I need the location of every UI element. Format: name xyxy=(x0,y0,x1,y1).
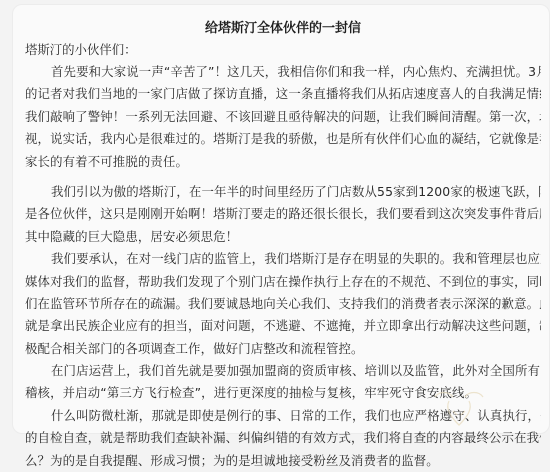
text-line: 什么叫防微杜渐，那就是即使是例行的事、日常的工作，我们也应严格遵守、认真执行，全… xyxy=(25,405,541,424)
paragraph-5: 什么叫防微杜渐，那就是即使是例行的事、日常的工作，我们也应严格遵守、认真执行，全… xyxy=(25,405,541,424)
text-line: 家长的有着不可推脱的责任。 xyxy=(25,151,541,173)
paragraph-4: 在门店运营上，我们首先就是要加强加盟商的资质审核、培训以及监管，此外对全国所有门… xyxy=(25,360,541,405)
text-line: 我们敲响了警钟！一系列无法回避、不该回避且亟待解决的问题，让我们瞬间清醒。第一次… xyxy=(25,106,541,128)
text-line: 们在监管环节所存在的疏漏。我们要诚恳地向关心我们、支持我们的消费者表示深深的歉意… xyxy=(25,293,541,315)
text-line: 是各位伙伴，这只是刚刚开始啊！塔斯汀要走的路还很长很长，我们要看到这次突发事件背… xyxy=(25,203,541,225)
paragraph-3: 我们要承认，在对一线门店的监管上，我们塔斯汀是存在明显的失职的。我和管理层也应对… xyxy=(25,248,541,360)
text-line: 视，说实话，我内心是很难过的。塔斯汀是我的骄傲，也是所有伙伴们心血的凝结，它就像… xyxy=(25,128,541,150)
text-line: 我们引以为傲的塔斯汀，在一年半的时间里经历了门店数从55家到1200家的极速飞跃… xyxy=(25,181,541,203)
text-line: 的记者对我们当地的一家门店做了探访直播，这一条直播将我们从拓店速度喜人的自我满足… xyxy=(25,83,541,105)
paragraph-1: 首先要和大家说一声“辛苦了”！这几天，我相信你们和我一样，内心焦灼、充满担忧。3… xyxy=(25,61,541,173)
text-line: 其中隐藏的巨大隐患，居安必须思危！ xyxy=(25,226,541,248)
letter-salutation: 塔斯汀的小伙伴们： xyxy=(25,39,541,61)
letter-title: 给塔斯汀全体伙伴的一封信 xyxy=(25,5,541,39)
document-page: 给塔斯汀全体伙伴的一封信 塔斯汀的小伙伴们： 首先要和大家说一声“辛苦了”！这几… xyxy=(12,4,550,424)
paragraph-2: 我们引以为傲的塔斯汀，在一年半的时间里经历了门店数从55家到1200家的极速飞跃… xyxy=(25,181,541,248)
text-line: 首先要和大家说一声“辛苦了”！这几天，我相信你们和我一样，内心焦灼、充满担忧。3… xyxy=(25,61,541,83)
letter-body: 给塔斯汀全体伙伴的一封信 塔斯汀的小伙伴们： 首先要和大家说一声“辛苦了”！这几… xyxy=(25,5,541,424)
text-line: 稽核，并启动“第三方飞行检查”，进行更深度的抽检与复核，牢牢死守食安底线。 xyxy=(25,382,541,404)
text-line: 就是拿出民族企业应有的担当，面对问题，不逃避、不遮掩，并立即拿出行动解决这些问题… xyxy=(25,315,541,337)
text-line: 极配合相关部门的各项调查工作，做好门店整改和流程管控。 xyxy=(25,338,541,360)
text-line: 我们要承认，在对一线门店的监管上，我们塔斯汀是存在明显的失职的。我和管理层也应对… xyxy=(25,248,541,270)
text-line: 媒体对我们的监督，帮助我们发现了个别门店在操作执行上存在的不规范、不到位的事实，… xyxy=(25,271,541,293)
text-line: 在门店运营上，我们首先就是要加强加盟商的资质审核、培训以及监管，此外对全国所有门… xyxy=(25,360,541,382)
